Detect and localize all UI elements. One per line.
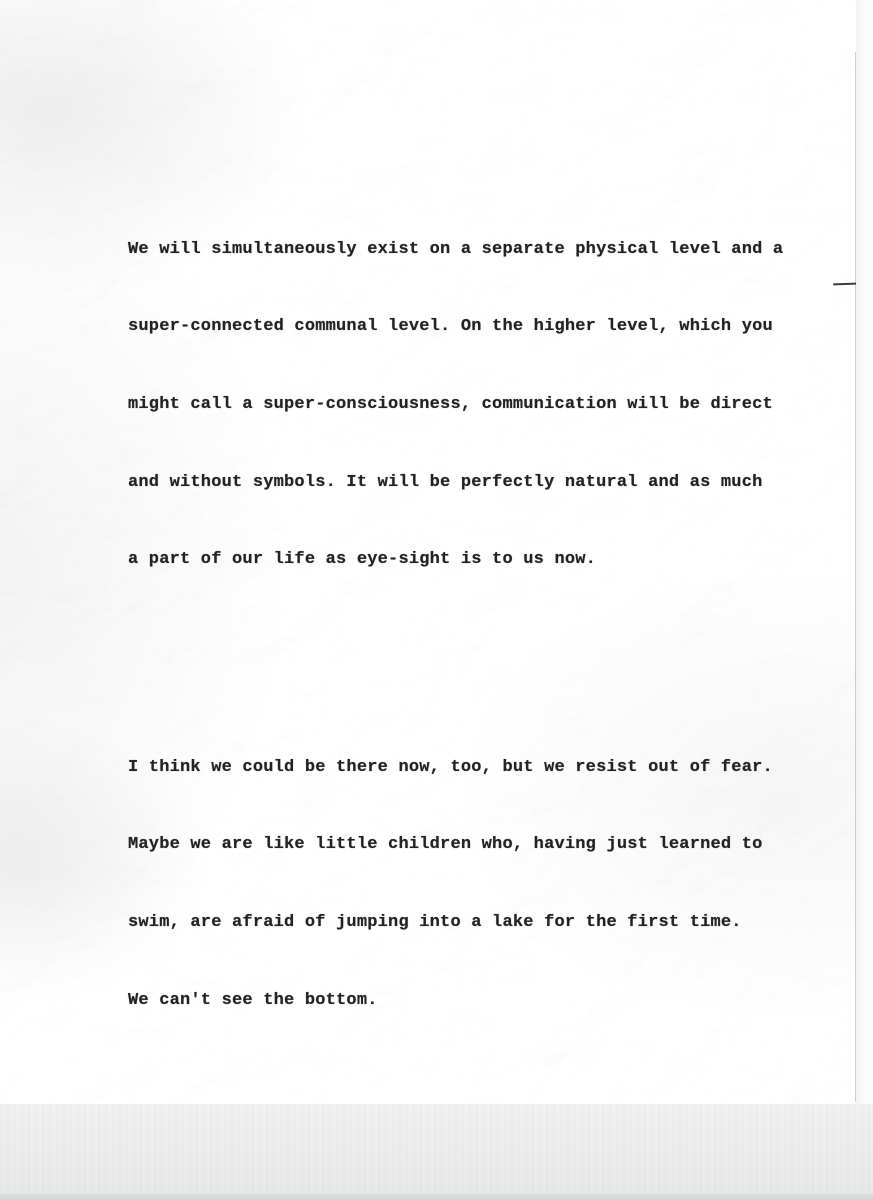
scanner-margin-right — [856, 0, 873, 1104]
scanned-letter-page: We will simultaneously exist on a separa… — [0, 0, 873, 1200]
typed-letter: We will simultaneously exist on a separa… — [128, 133, 808, 1143]
typed-line: Maybe we are like little children who, h… — [128, 832, 808, 858]
typed-line: a part of our life as eye-sight is to us… — [128, 547, 808, 573]
typed-line: and without symbols. It will be perfectl… — [128, 470, 808, 496]
typed-line: swim, are afraid of jumping into a lake … — [128, 910, 808, 936]
paragraph-1: We will simultaneously exist on a separa… — [128, 185, 808, 625]
typed-line: I think we could be there now, too, but … — [128, 755, 808, 781]
paragraph-2: I think we could be there now, too, but … — [128, 703, 808, 1066]
typed-line: We can't see the bottom. — [128, 988, 808, 1014]
typed-line: might call a super-consciousness, commun… — [128, 392, 808, 418]
typed-line: We will simultaneously exist on a separa… — [128, 237, 808, 263]
typed-line: super-connected communal level. On the h… — [128, 314, 808, 340]
